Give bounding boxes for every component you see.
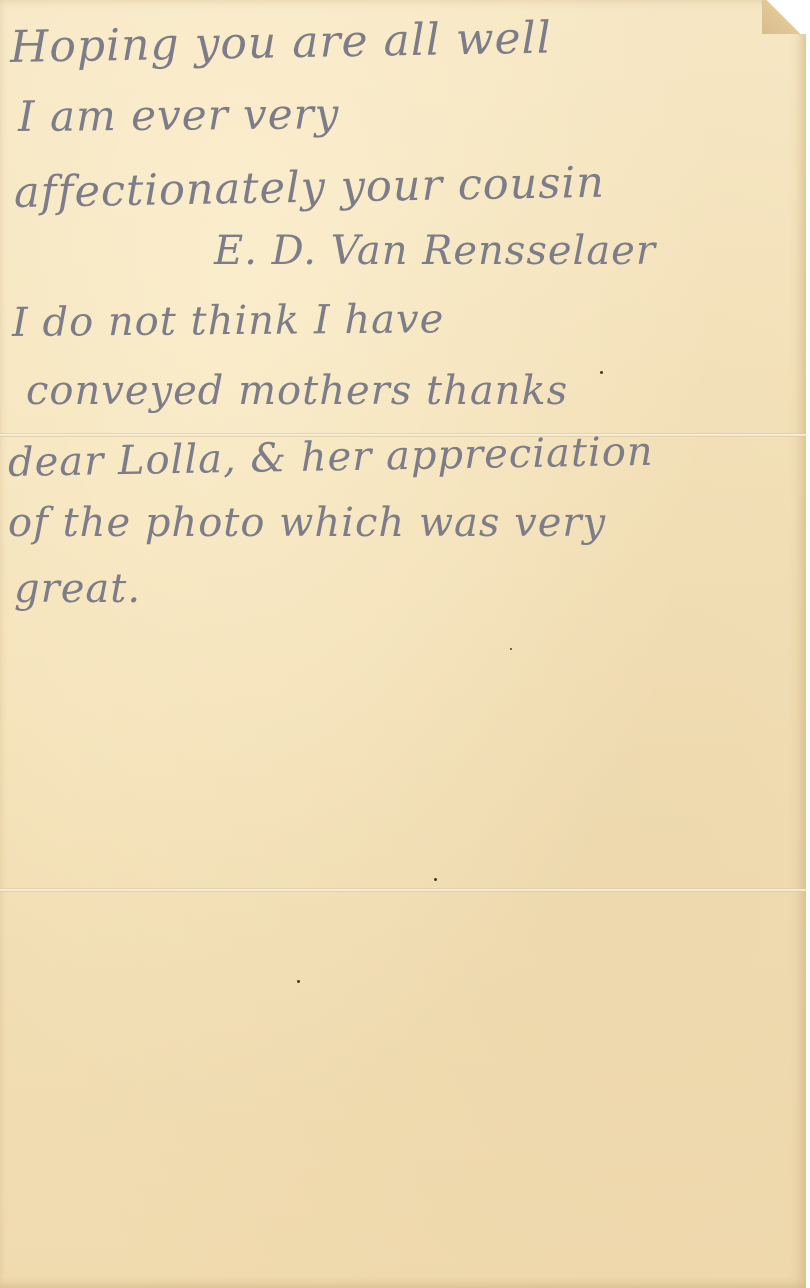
ink-spot [600, 371, 603, 374]
letter-page: Hoping you are all well I am ever very a… [0, 0, 806, 1288]
postscript-line-2: conveyed mothers thanks [26, 368, 568, 414]
postscript-line-4: of the photo which was very [8, 500, 606, 546]
ink-spot [297, 980, 300, 983]
postscript-line-5: great. [14, 566, 141, 612]
ink-spot [510, 648, 512, 650]
signature: E. D. Van Rensselaer [214, 228, 656, 274]
letter-line-closing: I am ever very [18, 89, 340, 141]
fold-crease-lower [0, 888, 806, 892]
postscript-line-3: dear Lolla, & her appreciation [8, 429, 654, 486]
ink-spot [434, 878, 437, 881]
folded-corner [762, 0, 806, 34]
postscript-line-1: I do not think I have [12, 296, 445, 346]
letter-line-valediction: affectionately your cousin [14, 158, 606, 218]
letter-line-closing-wish: Hoping you are all well [10, 13, 553, 73]
